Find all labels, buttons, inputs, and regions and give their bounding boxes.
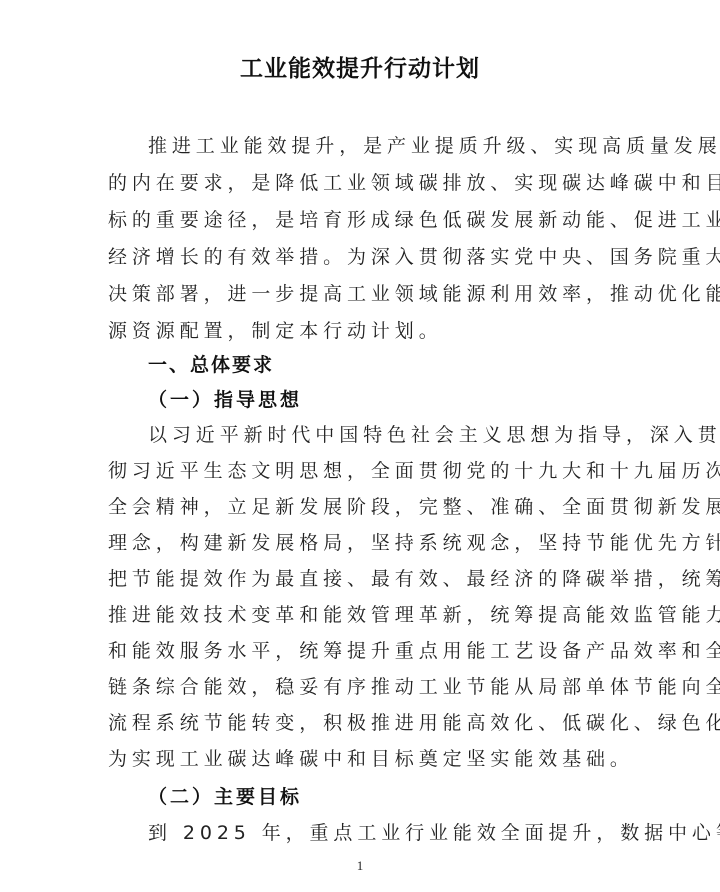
paragraph-line: 标的重要途径，是培育形成绿色低碳发展新动能、促进工业 — [108, 205, 614, 235]
paragraph-line: 流程系统节能转变，积极推进用能高效化、低碳化、绿色化， — [108, 708, 614, 738]
subsection-heading: （二）主要目标 — [148, 782, 614, 812]
paragraph-line: 彻习近平生态文明思想，全面贯彻党的十九大和十九届历次 — [108, 456, 614, 486]
document-page: 工业能效提升行动计划 推进工业能效提升，是产业提质升级、实现高质量发展 的内在要… — [0, 0, 720, 892]
paragraph-line: 全会精神，立足新发展阶段，完整、准确、全面贯彻新发展 — [108, 492, 614, 522]
paragraph-line: 的内在要求，是降低工业领域碳排放、实现碳达峰碳中和目 — [108, 168, 614, 198]
paragraph-line: 经济增长的有效举措。为深入贯彻落实党中央、国务院重大 — [108, 242, 614, 272]
paragraph-line: 为实现工业碳达峰碳中和目标奠定坚实能效基础。 — [108, 744, 614, 774]
document-title: 工业能效提升行动计划 — [0, 50, 720, 83]
paragraph-line: 以习近平新时代中国特色社会主义思想为指导，深入贯 — [148, 420, 614, 450]
paragraph-line: 推进能效技术变革和能效管理革新，统筹提高能效监管能力 — [108, 600, 614, 630]
paragraph-line: 把节能提效作为最直接、最有效、最经济的降碳举措，统筹 — [108, 564, 614, 594]
paragraph-line: 到 2025 年，重点工业行业能效全面提升，数据中心等 — [148, 818, 614, 848]
section-heading: 一、总体要求 — [148, 350, 614, 380]
paragraph-line: 和能效服务水平，统筹提升重点用能工艺设备产品效率和全 — [108, 636, 614, 666]
subsection-heading: （一）指导思想 — [148, 385, 614, 415]
paragraph-line: 源资源配置，制定本行动计划。 — [108, 316, 614, 346]
paragraph-line: 链条综合能效，稳妥有序推动工业节能从局部单体节能向全 — [108, 672, 614, 702]
page-number: 1 — [0, 858, 720, 874]
paragraph-line: 理念，构建新发展格局，坚持系统观念，坚持节能优先方针， — [108, 528, 614, 558]
paragraph-line: 决策部署，进一步提高工业领域能源利用效率，推动优化能 — [108, 279, 614, 309]
paragraph-line: 推进工业能效提升，是产业提质升级、实现高质量发展 — [148, 131, 614, 161]
